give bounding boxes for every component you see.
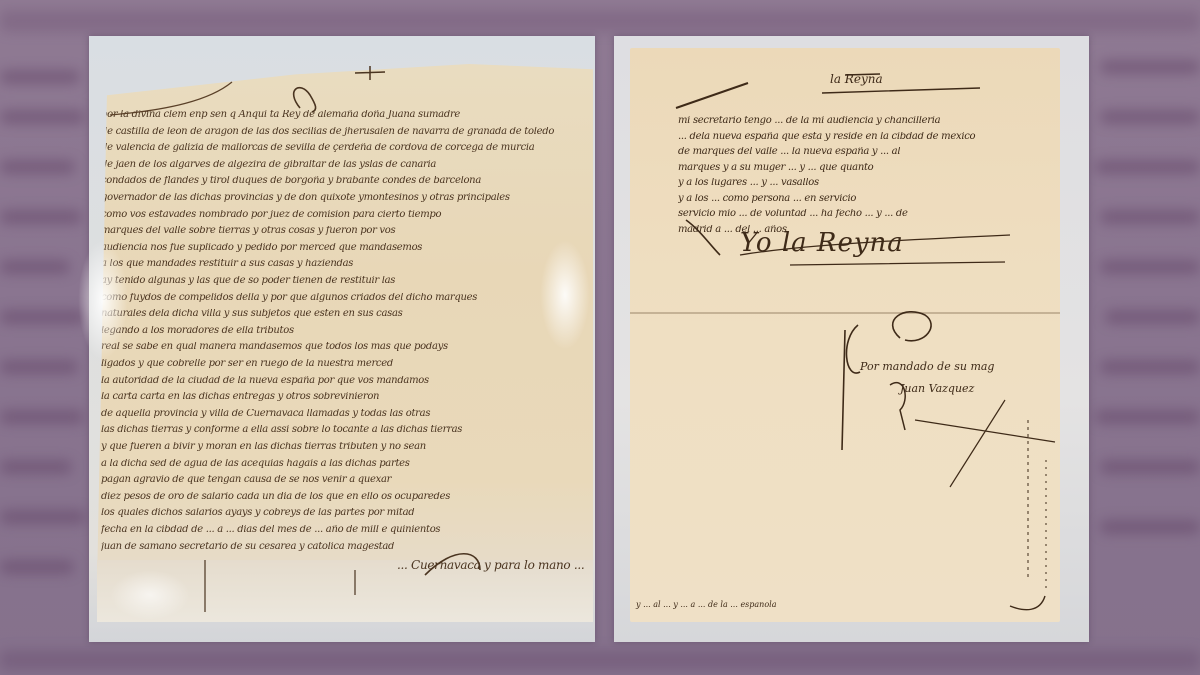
letter-line: y a los lugares ... y ... vasallos <box>678 178 1038 187</box>
letter-line: y a los ... como persona ... en servicio <box>678 194 1038 203</box>
manuscript-line: de jaen de los algarves de algezira de g… <box>101 160 589 169</box>
manuscript-line: fecha en la cibdad de ... a ... dias del… <box>101 525 589 534</box>
manuscript-line: diez pesos de oro de salario cada un dia… <box>101 492 589 501</box>
manuscript-line: las dichas tierras y conforme a ella ass… <box>101 425 589 434</box>
manuscript-line: ligados y que cobrelle por ser en ruego … <box>101 359 589 368</box>
manuscript-line: por la divina clem enp sen q Anqui ta Re… <box>101 110 589 119</box>
manuscript-line: juan de samano secretario de su cesarea … <box>101 542 589 551</box>
manuscript-line: marques del valle sobre tierras y otras … <box>101 226 589 235</box>
manuscript-line: como fuydos de compelidos della y por qu… <box>101 293 589 302</box>
bottom-note: y ... al ... y ... a ... de la ... espan… <box>636 600 776 609</box>
glare-reflection <box>78 240 128 360</box>
manuscript-line: ay tenido algunas y las que de so poder … <box>101 276 589 285</box>
manuscript-line: y que fueren a bivir y moran en las dich… <box>101 442 589 451</box>
letter-line: marques y a su muger ... y ... que quant… <box>678 163 1038 172</box>
right-manuscript: la Reyna mi secretario tengo ... de la m… <box>630 48 1060 622</box>
manuscript-line: los quales dichos salarios ayays y cobre… <box>101 508 589 517</box>
manuscript-line: la carta carta en las dichas entregas y … <box>101 392 589 401</box>
left-bottom-line: ... Cuernavaca y para lo mano ... <box>397 560 587 574</box>
manuscript-line: a los que mandades restituir a sus casas… <box>101 259 589 268</box>
letter-line: servicio mio ... de voluntad ... ha fech… <box>678 209 1038 218</box>
left-manuscript: por la divina clem enp sen q Anqui ta Re… <box>97 64 593 584</box>
glare-reflection <box>110 570 190 620</box>
royal-signature: Yo la Reyna <box>740 228 904 258</box>
countersign-line-2: Juan Vazquez <box>900 382 974 395</box>
countersign-line-1: Por mandado de su mag <box>860 360 994 373</box>
letter-line: de marques del valle ... la nueva españa… <box>678 147 1038 156</box>
manuscript-line: la autoridad de la ciudad de la nueva es… <box>101 376 589 385</box>
manuscript-line: de valencia de galizia de mallorcas de s… <box>101 143 589 152</box>
manuscript-line: a la dicha sed de agua de las acequias h… <box>101 459 589 468</box>
manuscript-line: governador de las dichas provincias y de… <box>101 193 589 202</box>
manuscript-line: legando a los moradores de ella tributos <box>101 326 589 335</box>
manuscript-line: condados de flandes y tirol duques de bo… <box>101 176 589 185</box>
manuscript-line: naturales dela dicha villa y sus subjeto… <box>101 309 589 318</box>
manuscript-line: pagan agravio de que tengan causa de se … <box>101 475 589 484</box>
paper-fold-crease <box>630 312 1060 314</box>
glare-reflection <box>540 240 590 350</box>
manuscript-line: de castilla de leon de aragon de las dos… <box>101 127 589 136</box>
letter-line: ... dela nueva españa que esta y reside … <box>678 132 1038 141</box>
letter-line: mi secretario tengo ... de la mi audienc… <box>678 116 1038 125</box>
letter-header: la Reyna <box>830 72 883 86</box>
manuscript-line: real se sabe en qual manera mandasemos q… <box>101 342 589 351</box>
manuscript-line: como vos estavades nombrado por juez de … <box>101 210 589 219</box>
manuscript-line: de aquella provincia y villa de Cuernava… <box>101 409 589 418</box>
manuscript-line: audiencia nos fue suplicado y pedido por… <box>101 243 589 252</box>
